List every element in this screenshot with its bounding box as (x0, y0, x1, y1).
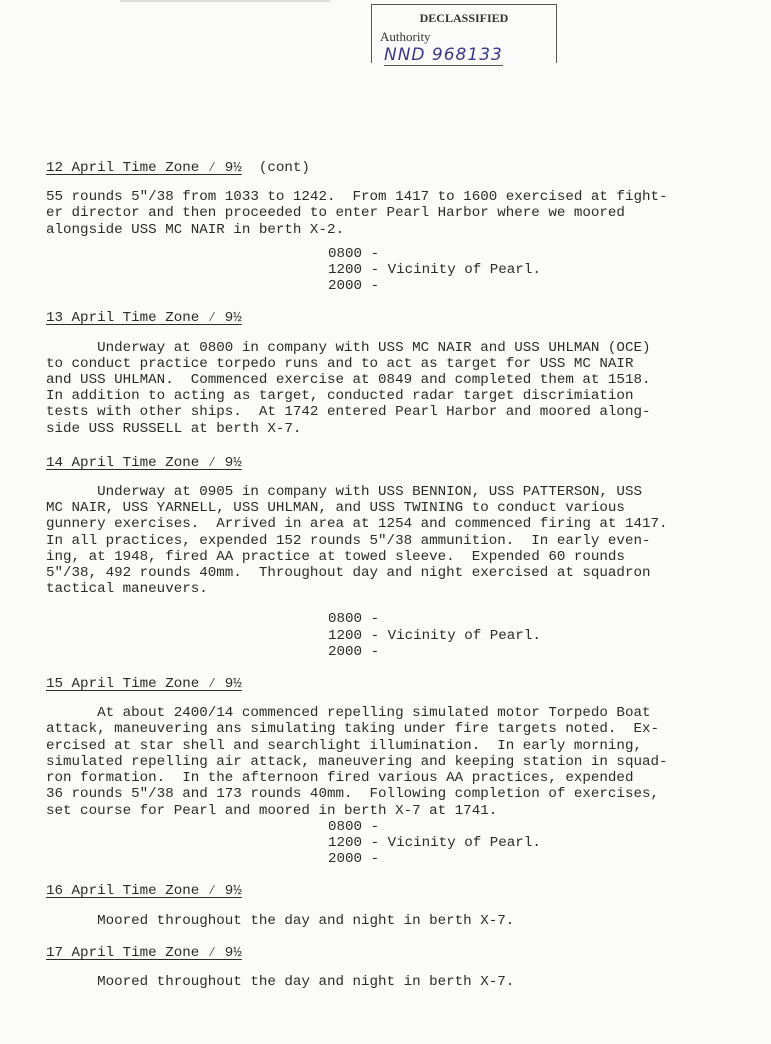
declassified-stamp: DECLASSIFIED Authority NND 968133 (371, 4, 557, 63)
stamp-authority: Authority NND 968133 (380, 29, 556, 66)
entry-body: Underway at 0905 in company with USS BEN… (46, 484, 746, 597)
entry-heading: 13 April Time Zone ⁄ 9½ (46, 310, 746, 326)
entry-heading: 15 April Time Zone ⁄ 9½ (46, 676, 746, 692)
stamp-title: DECLASSIFIED (372, 11, 556, 26)
entry-body: At about 2400/14 commenced repelling sim… (46, 705, 746, 818)
entry-body: Moored throughout the day and night in b… (46, 974, 746, 990)
entry-heading: 17 April Time Zone ⁄ 9½ (46, 945, 746, 961)
log-page: 12 April Time Zone ⁄ 9½ (cont) 55 rounds… (46, 160, 746, 998)
position-schedule: 0800 - 1200 - Vicinity of Pearl. 2000 - (328, 246, 746, 295)
entry-body: Underway at 0800 in company with USS MC … (46, 340, 746, 437)
entry-heading: 14 April Time Zone ⁄ 9½ (46, 455, 746, 471)
entry-body: Moored throughout the day and night in b… (46, 913, 746, 929)
scan-artifact-line (120, 0, 330, 2)
entry-heading: 12 April Time Zone ⁄ 9½ (cont) (46, 160, 746, 176)
authority-label: Authority (380, 29, 431, 44)
position-schedule: 0800 - 1200 - Vicinity of Pearl. 2000 - (328, 819, 746, 868)
entry-body: 55 rounds 5"/38 from 1033 to 1242. From … (46, 189, 746, 238)
authority-value: NND 968133 (384, 45, 503, 66)
position-schedule: 0800 - 1200 - Vicinity of Pearl. 2000 - (328, 611, 746, 660)
entry-heading: 16 April Time Zone ⁄ 9½ (46, 883, 746, 899)
